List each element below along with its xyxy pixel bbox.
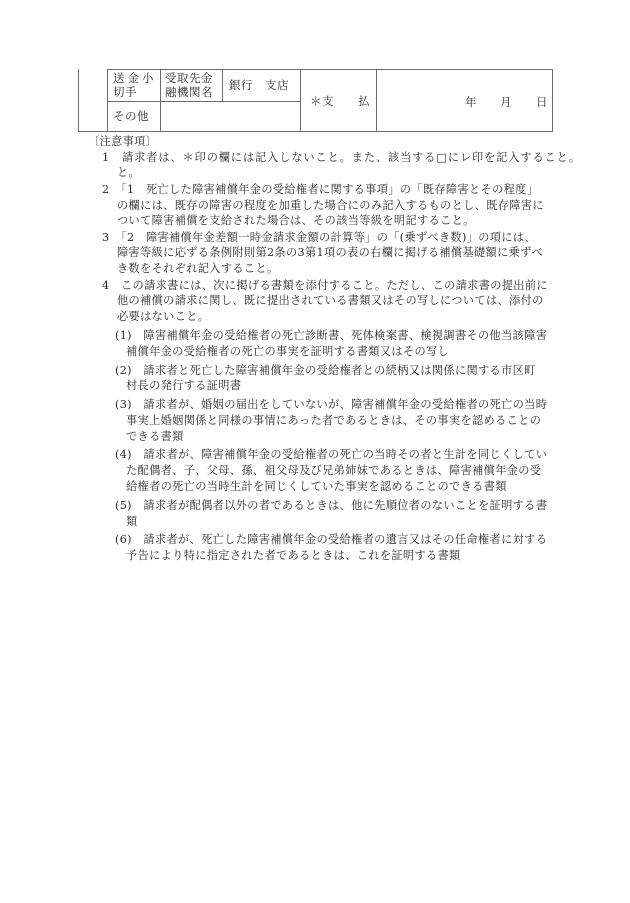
note-4-4-line-2: た配偶者、子、父母、孫、祖父母及び兄弟姉妹であるときは、障害補償年金の受 [126, 463, 541, 478]
note-4-3-line-1: (3) 請求者が、婚姻の届出をしていないが、障害補償年金の受給権者の死亡の当時 [115, 397, 547, 412]
note-4-1-line-1: (1) 障害補償年金の受給権者の死亡診断書、死体検案書、検視調書その他当該障害 [115, 328, 547, 343]
table-col-divider-4 [300, 69, 301, 132]
note-4-1-line-2: 補償年金の受給権者の死亡の事実を証明する書類又はその写し [126, 344, 449, 359]
notes-heading: 〔注意事項〕 [88, 134, 157, 149]
note-4-4-line-1: (4) 請求者が、障害補償年金の受給権者の死亡の当時その者と生計を同じくしてい [115, 447, 547, 462]
other-method-label: その他 [113, 109, 149, 123]
other-method-field[interactable] [165, 103, 299, 130]
note-4-2-line-1: (2) 請求者と死亡した障害補償年金の受給権者との続柄又は関係に関する市区町 [115, 363, 536, 378]
note-4-6-line-1: (6) 請求者が、死亡した障害補償年金の受給権者の遺言又はその任命権者に対する [115, 532, 547, 547]
note-4-line-1: 4 この請求書には、次に掲げる書類を添付すること。ただし、この請求書の提出前に [102, 278, 548, 293]
note-4-3-line-3: できる書類 [126, 429, 184, 444]
note-3-line-2: 障害等級に応ずる条例附則第2条の3第1項の表の右欄に掲げる補償基礎額に乗ずべ [117, 245, 543, 260]
remittance-label: 送金小 切手 [113, 71, 157, 99]
date-month-label: 月 [500, 95, 512, 109]
table-bottom-border [78, 131, 553, 132]
date-year-label: 年 [465, 95, 477, 109]
note-4-line-3: 必要はないこと。 [117, 309, 209, 324]
note-4-2-line-2: 村長の発行する証明書 [126, 378, 241, 393]
note-4-5-line-1: (5) 請求者が配偶者以外の者であるときは、他に先順位者のないことを証明する書 [115, 498, 547, 513]
table-left-border [78, 69, 79, 132]
note-4-3-line-2: 事実上婚姻関係と同様の事情にあった者であるときは、その事実を認めることの [126, 413, 541, 428]
bank-name-label-line1: 受取先金 [165, 71, 213, 85]
payment-label: ＊支 払 [310, 94, 370, 108]
note-3-line-1: 3 「2 障害補償年金差額一時金請求金額の計算等」の「(乗ずべき数)」の項には、 [102, 230, 536, 245]
note-4-line-2: 他の補償の請求に関し、既に提出されている書類又はその写しについては、添付の [117, 293, 544, 308]
table-col-divider-3 [222, 69, 223, 101]
note-1-line-2: と。 [117, 165, 140, 180]
table-row-divider [107, 101, 300, 102]
note-4-6-line-2: 予告により特に指定された者であるときは、これを証明する書類 [126, 548, 461, 563]
remittance-label-line2: 切手 [113, 85, 157, 99]
remittance-label-line1: 送金小 [113, 71, 157, 85]
bank-branch-field[interactable]: 銀行 支店 [229, 78, 289, 92]
note-4-4-line-3: 給権者の死亡の当時生計を同じくしていた事実を認めることのできる書類 [126, 479, 507, 494]
table-right-border [552, 69, 553, 132]
date-day-label: 日 [536, 95, 548, 109]
note-2-line-1: 2 「1 死亡した障害補償年金の受給権者に関する事項」の「既存障害とその程度」 [102, 182, 538, 197]
bank-name-label: 受取先金 融機関名 [165, 71, 213, 99]
note-2-line-3: ついて障害補償を支給された場合は、その該当等級を明記すること。 [117, 213, 475, 228]
note-4-5-line-2: 類 [126, 514, 138, 529]
note-2-line-2: の欄には、既存の障害の程度を加重した場合にのみ記入するものとし、既存障害に [117, 198, 544, 213]
note-1-line-1: 1 請求者は、＊印の欄には記入しないこと。また、該当する□にレ印を記入すること。 [102, 150, 581, 165]
note-3-line-3: き数をそれぞれ記入すること。 [117, 261, 279, 276]
bank-name-label-line2: 融機関名 [165, 85, 213, 99]
document-page: 送金小 切手 受取先金 融機関名 銀行 支店 その他 ＊支 払 年 月 日 〔注… [0, 0, 630, 903]
payment-date-field[interactable]: 年 月 日 [377, 70, 552, 131]
